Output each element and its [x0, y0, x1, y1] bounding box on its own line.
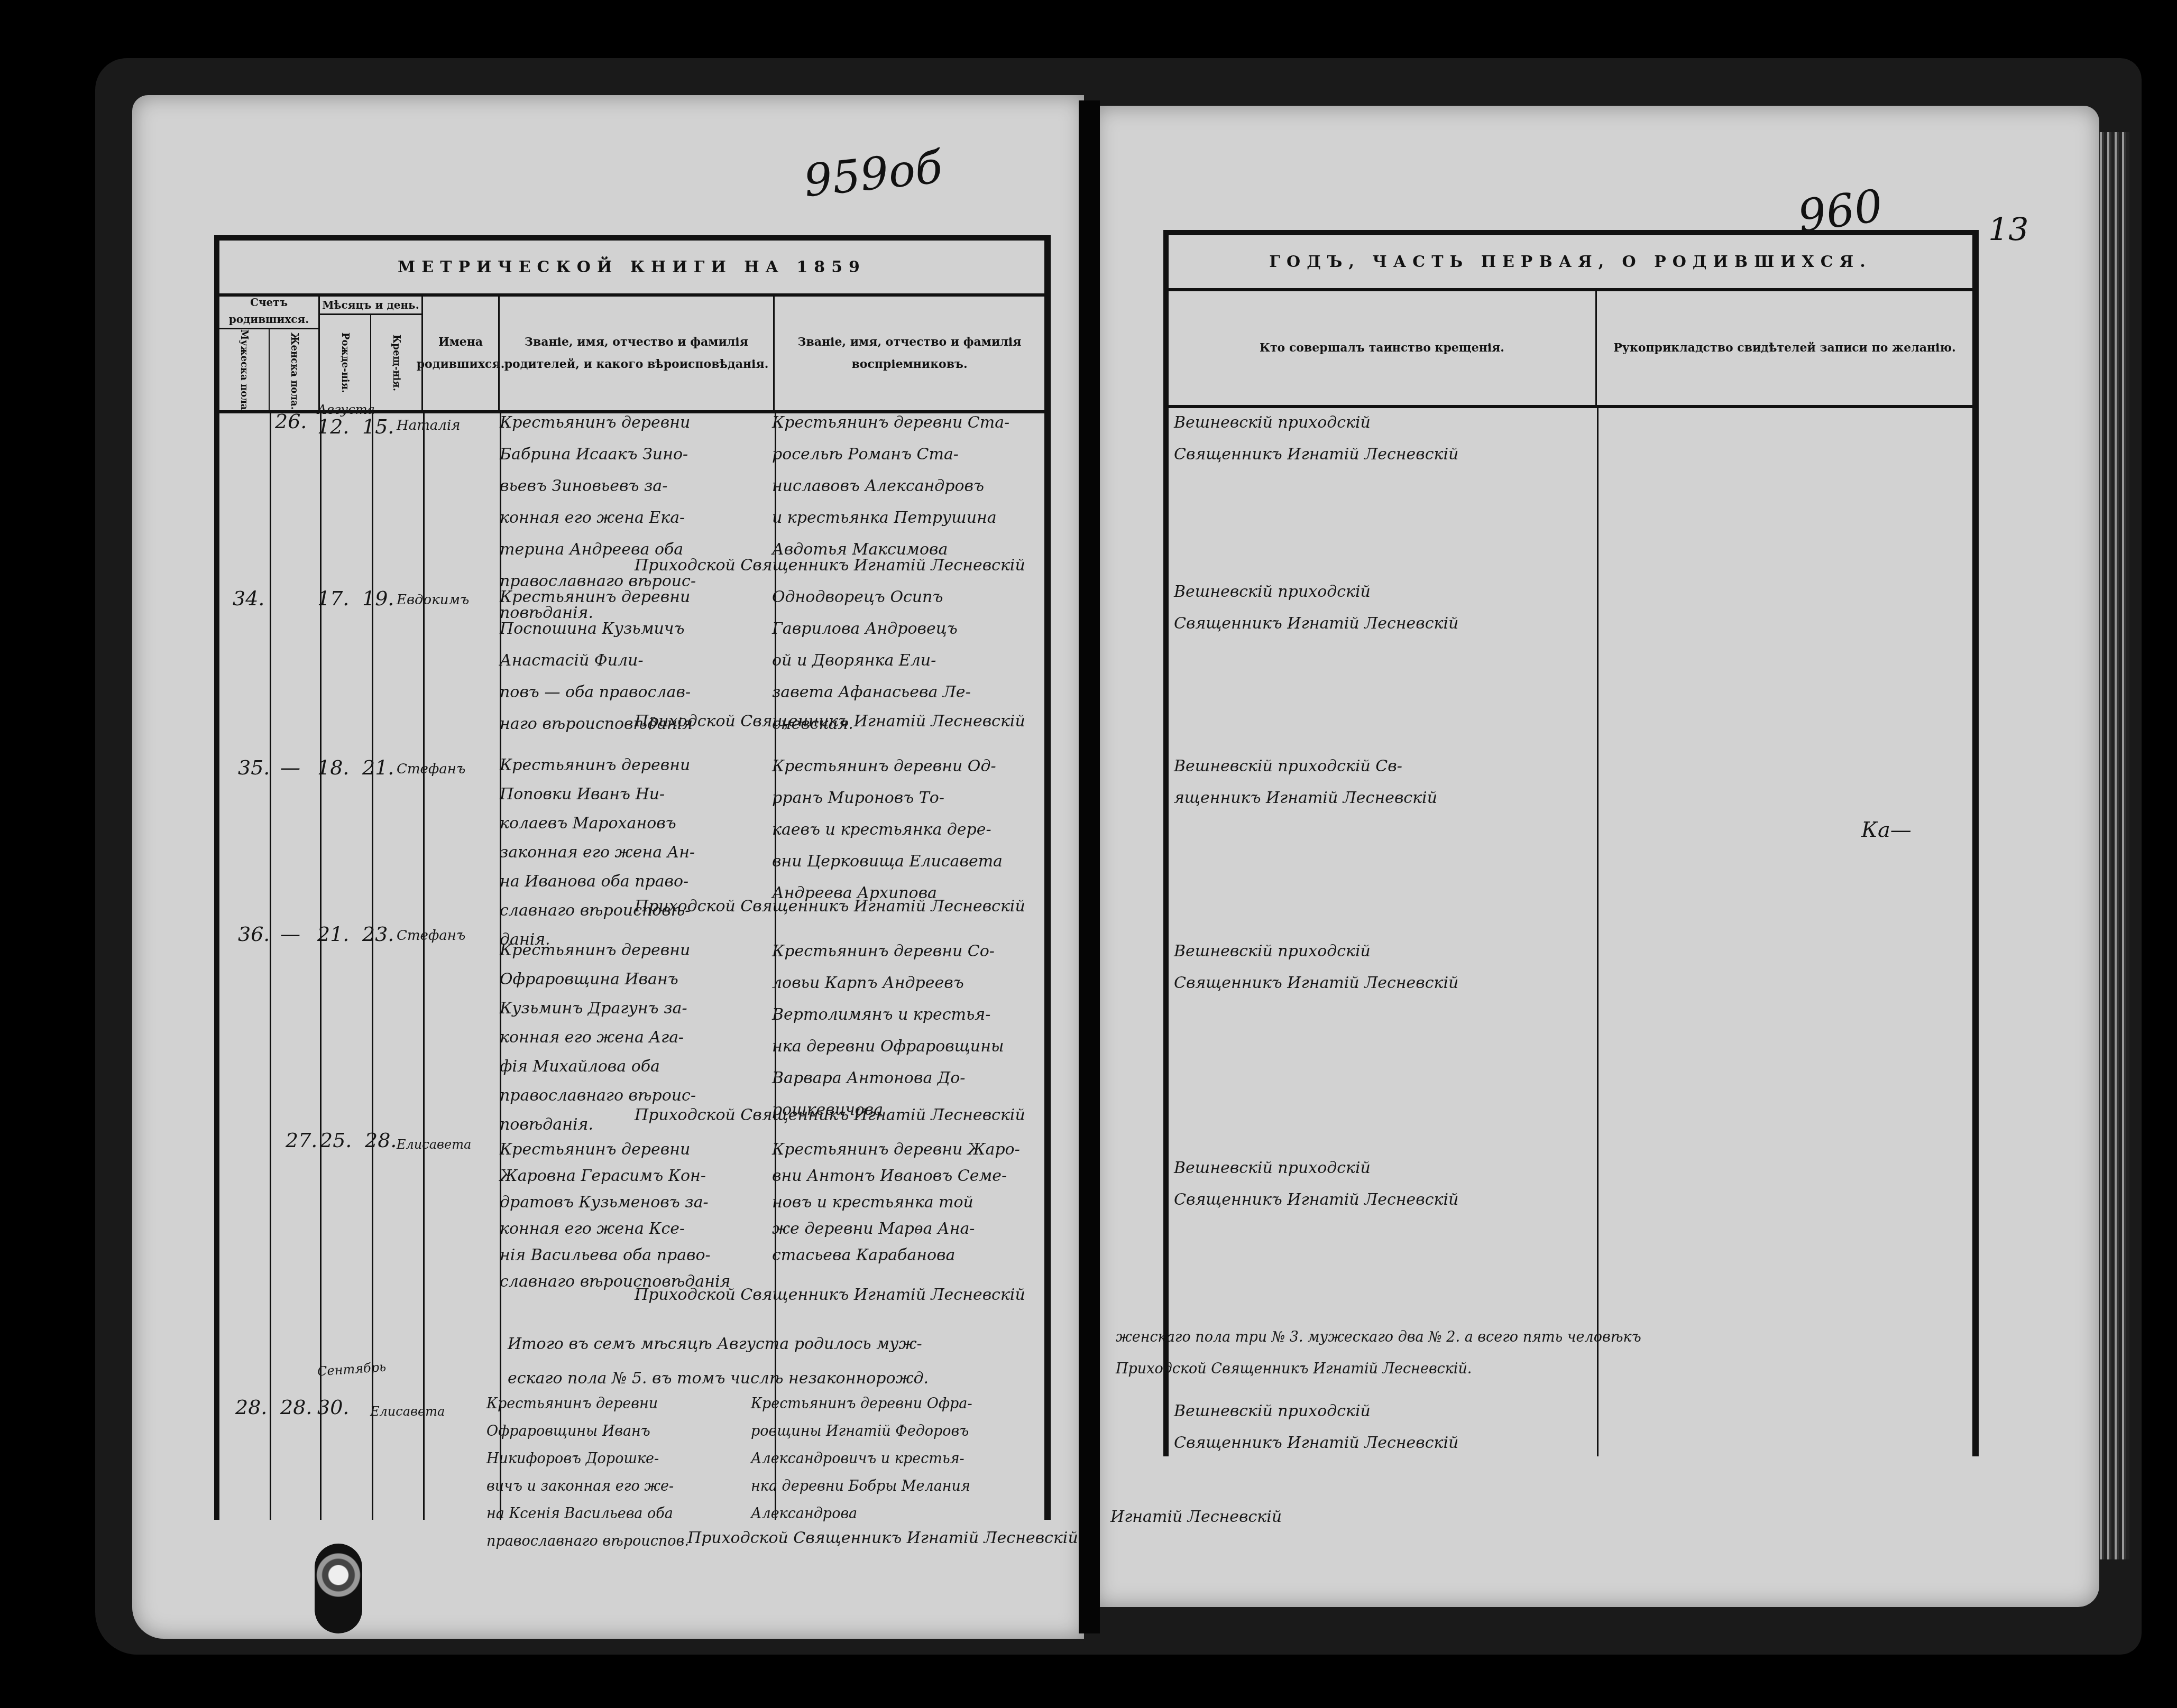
- header-count: Счетъ родившихся. Мужеска пола. Женска п…: [219, 297, 320, 410]
- header-godparents: Званіе, имя, отчество и фамилія воспріем…: [775, 297, 1044, 410]
- baptism-officiant: Вешневскій приходскійСвященникъ Игнатій …: [1174, 1396, 1458, 1459]
- entry-baptism-day: 28.: [365, 1129, 397, 1152]
- entry-birth-day: 21.: [317, 922, 349, 946]
- entry-female-count: 26.: [275, 410, 307, 433]
- baptism-officiant: Вешневскій приходскійСвященникъ Игнатій …: [1174, 936, 1458, 999]
- header-parents: Званіе, имя, отчество и фамилія родителе…: [500, 297, 775, 410]
- right-table-header: Кто совершалъ таинство крещенія. Рукопри…: [1169, 291, 1972, 408]
- entry-baptism-day: 23.: [362, 922, 394, 946]
- header-month-day-label: Мѣсяцъ и день.: [320, 297, 421, 315]
- baptism-officiant: Вешневскій приходскійСвященникъ Игнатій …: [1174, 1152, 1458, 1216]
- witness-mark: Ка—: [1861, 814, 1912, 846]
- entry-godparents: Крестьянинъ деревни Жаро-вни Антонъ Иван…: [772, 1137, 1020, 1269]
- entry-parents: Крестьянинъ деревниПоповки Иванъ Ни-кола…: [500, 751, 695, 954]
- month-summary-note: Итого въ семъ мѣсяцѣ Августа родилось му…: [508, 1327, 929, 1396]
- entry-child-name: Наталія: [397, 410, 460, 441]
- entry-birth-day: 12.: [317, 415, 349, 438]
- entry-priest-line: Приходской Священникъ Игнатій Лесневскій: [635, 1100, 1025, 1131]
- header-female: Женска пола.: [270, 329, 319, 413]
- entry-child-name: Евдокимъ: [397, 584, 469, 616]
- entry-child-name: Елисавета: [370, 1396, 445, 1427]
- trailing-signature: Игнатій Лесневскій: [1110, 1501, 1282, 1533]
- entry-godparents: Крестьянинъ деревни Од-рранъ Мироновъ То…: [772, 751, 1003, 909]
- entry-priest-line: Приходской Священникъ Игнатій Лесневскій: [635, 891, 1025, 922]
- entry-male-count: 36.: [238, 922, 270, 946]
- baptism-officiant: Вешневскій приходскій Св-ященникъ Игнаті…: [1174, 751, 1437, 814]
- entry-month: Сентябрь: [316, 1351, 387, 1388]
- entry-birth-day: 25.: [320, 1129, 352, 1152]
- entry-baptism-day: 15.: [362, 415, 394, 438]
- right-page-title: ГОДЪ, ЧАСТЬ ПЕРВАЯ, О РОДИВШИХСЯ.: [1169, 235, 1972, 291]
- entry-godparents: Крестьянинъ деревни Со-ловьи Карпъ Андре…: [772, 936, 1004, 1126]
- entry-male-count: 34.: [233, 587, 264, 610]
- entry-priest-line: Приходской Священникъ Игнатій Лесневскій: [635, 1279, 1025, 1311]
- entry-baptism-day: 30.: [317, 1396, 349, 1419]
- header-male: Мужеска пола.: [219, 329, 270, 413]
- entry-birth-day: 28.: [280, 1396, 312, 1419]
- entry-godparents: Крестьянинъ деревни Ста-росельѣ Романъ С…: [772, 407, 1009, 566]
- entry-godparents: Крестьянинъ деревни Офра-ровщины Игнатій…: [751, 1390, 972, 1528]
- header-month-day: Мѣсяцъ и день. Рожде-нія. Крещ-нія.: [320, 297, 423, 410]
- entry-baptism-day: 19.: [362, 587, 394, 610]
- entry-parents: Крестьянинъ деревниОфраровщины ИванъНики…: [486, 1390, 689, 1555]
- entry-birth-day: 18.: [317, 756, 349, 779]
- entry-baptism-day: 21.: [362, 756, 394, 779]
- entry-female-count: 28.: [235, 1396, 267, 1419]
- column-divider: [1597, 405, 1599, 1456]
- entry-female-count: 27.: [286, 1129, 317, 1152]
- right-summary-note: женскаго пола три № 3. мужескаго два № 2…: [1116, 1322, 1641, 1385]
- entry-female-count: —: [280, 756, 300, 779]
- baptism-officiant: Вешневскій приходскійСвященникъ Игнатій …: [1174, 576, 1458, 640]
- entry-child-name: Стефанъ: [397, 753, 465, 785]
- header-names: Имена родившихся.: [423, 297, 500, 410]
- baptism-officiant: Вешневскій приходскійСвященникъ Игнатій …: [1174, 407, 1458, 470]
- entry-priest-line: Приходской Священникъ Игнатій Лесневскій: [635, 550, 1025, 581]
- entry-parents: Крестьянинъ деревниЖаровна Герасимъ Кон-…: [500, 1137, 730, 1295]
- column-divider: [270, 410, 271, 1520]
- entry-priest-line: Приходской Священникъ Игнатій Лесневскій: [635, 706, 1025, 737]
- column-divider: [423, 410, 425, 1520]
- left-page-title: МЕТРИЧЕСКОЙ КНИГИ НА 1859: [219, 241, 1044, 297]
- binding-clip: [315, 1544, 362, 1633]
- entry-female-count: —: [280, 922, 300, 946]
- corner-mark: 13: [1988, 211, 2028, 248]
- header-baptized-by: Кто совершалъ таинство крещенія.: [1169, 291, 1597, 405]
- header-witnesses: Рукоприкладство свидѣтелей записи по жел…: [1597, 291, 1972, 405]
- entry-child-name: Стефанъ: [397, 920, 465, 952]
- entry-birth-day: 17.: [317, 587, 349, 610]
- entry-priest-line: Приходской Священникъ Игнатій Лесневскій: [687, 1522, 1078, 1554]
- header-baptism: Крещ-нія.: [371, 315, 421, 410]
- column-divider: [320, 410, 322, 1520]
- entry-child-name: Елисавета: [397, 1129, 471, 1160]
- entry-male-count: 35.: [238, 756, 270, 779]
- header-count-label: Счетъ родившихся.: [219, 294, 318, 329]
- book-gutter: [1079, 100, 1100, 1633]
